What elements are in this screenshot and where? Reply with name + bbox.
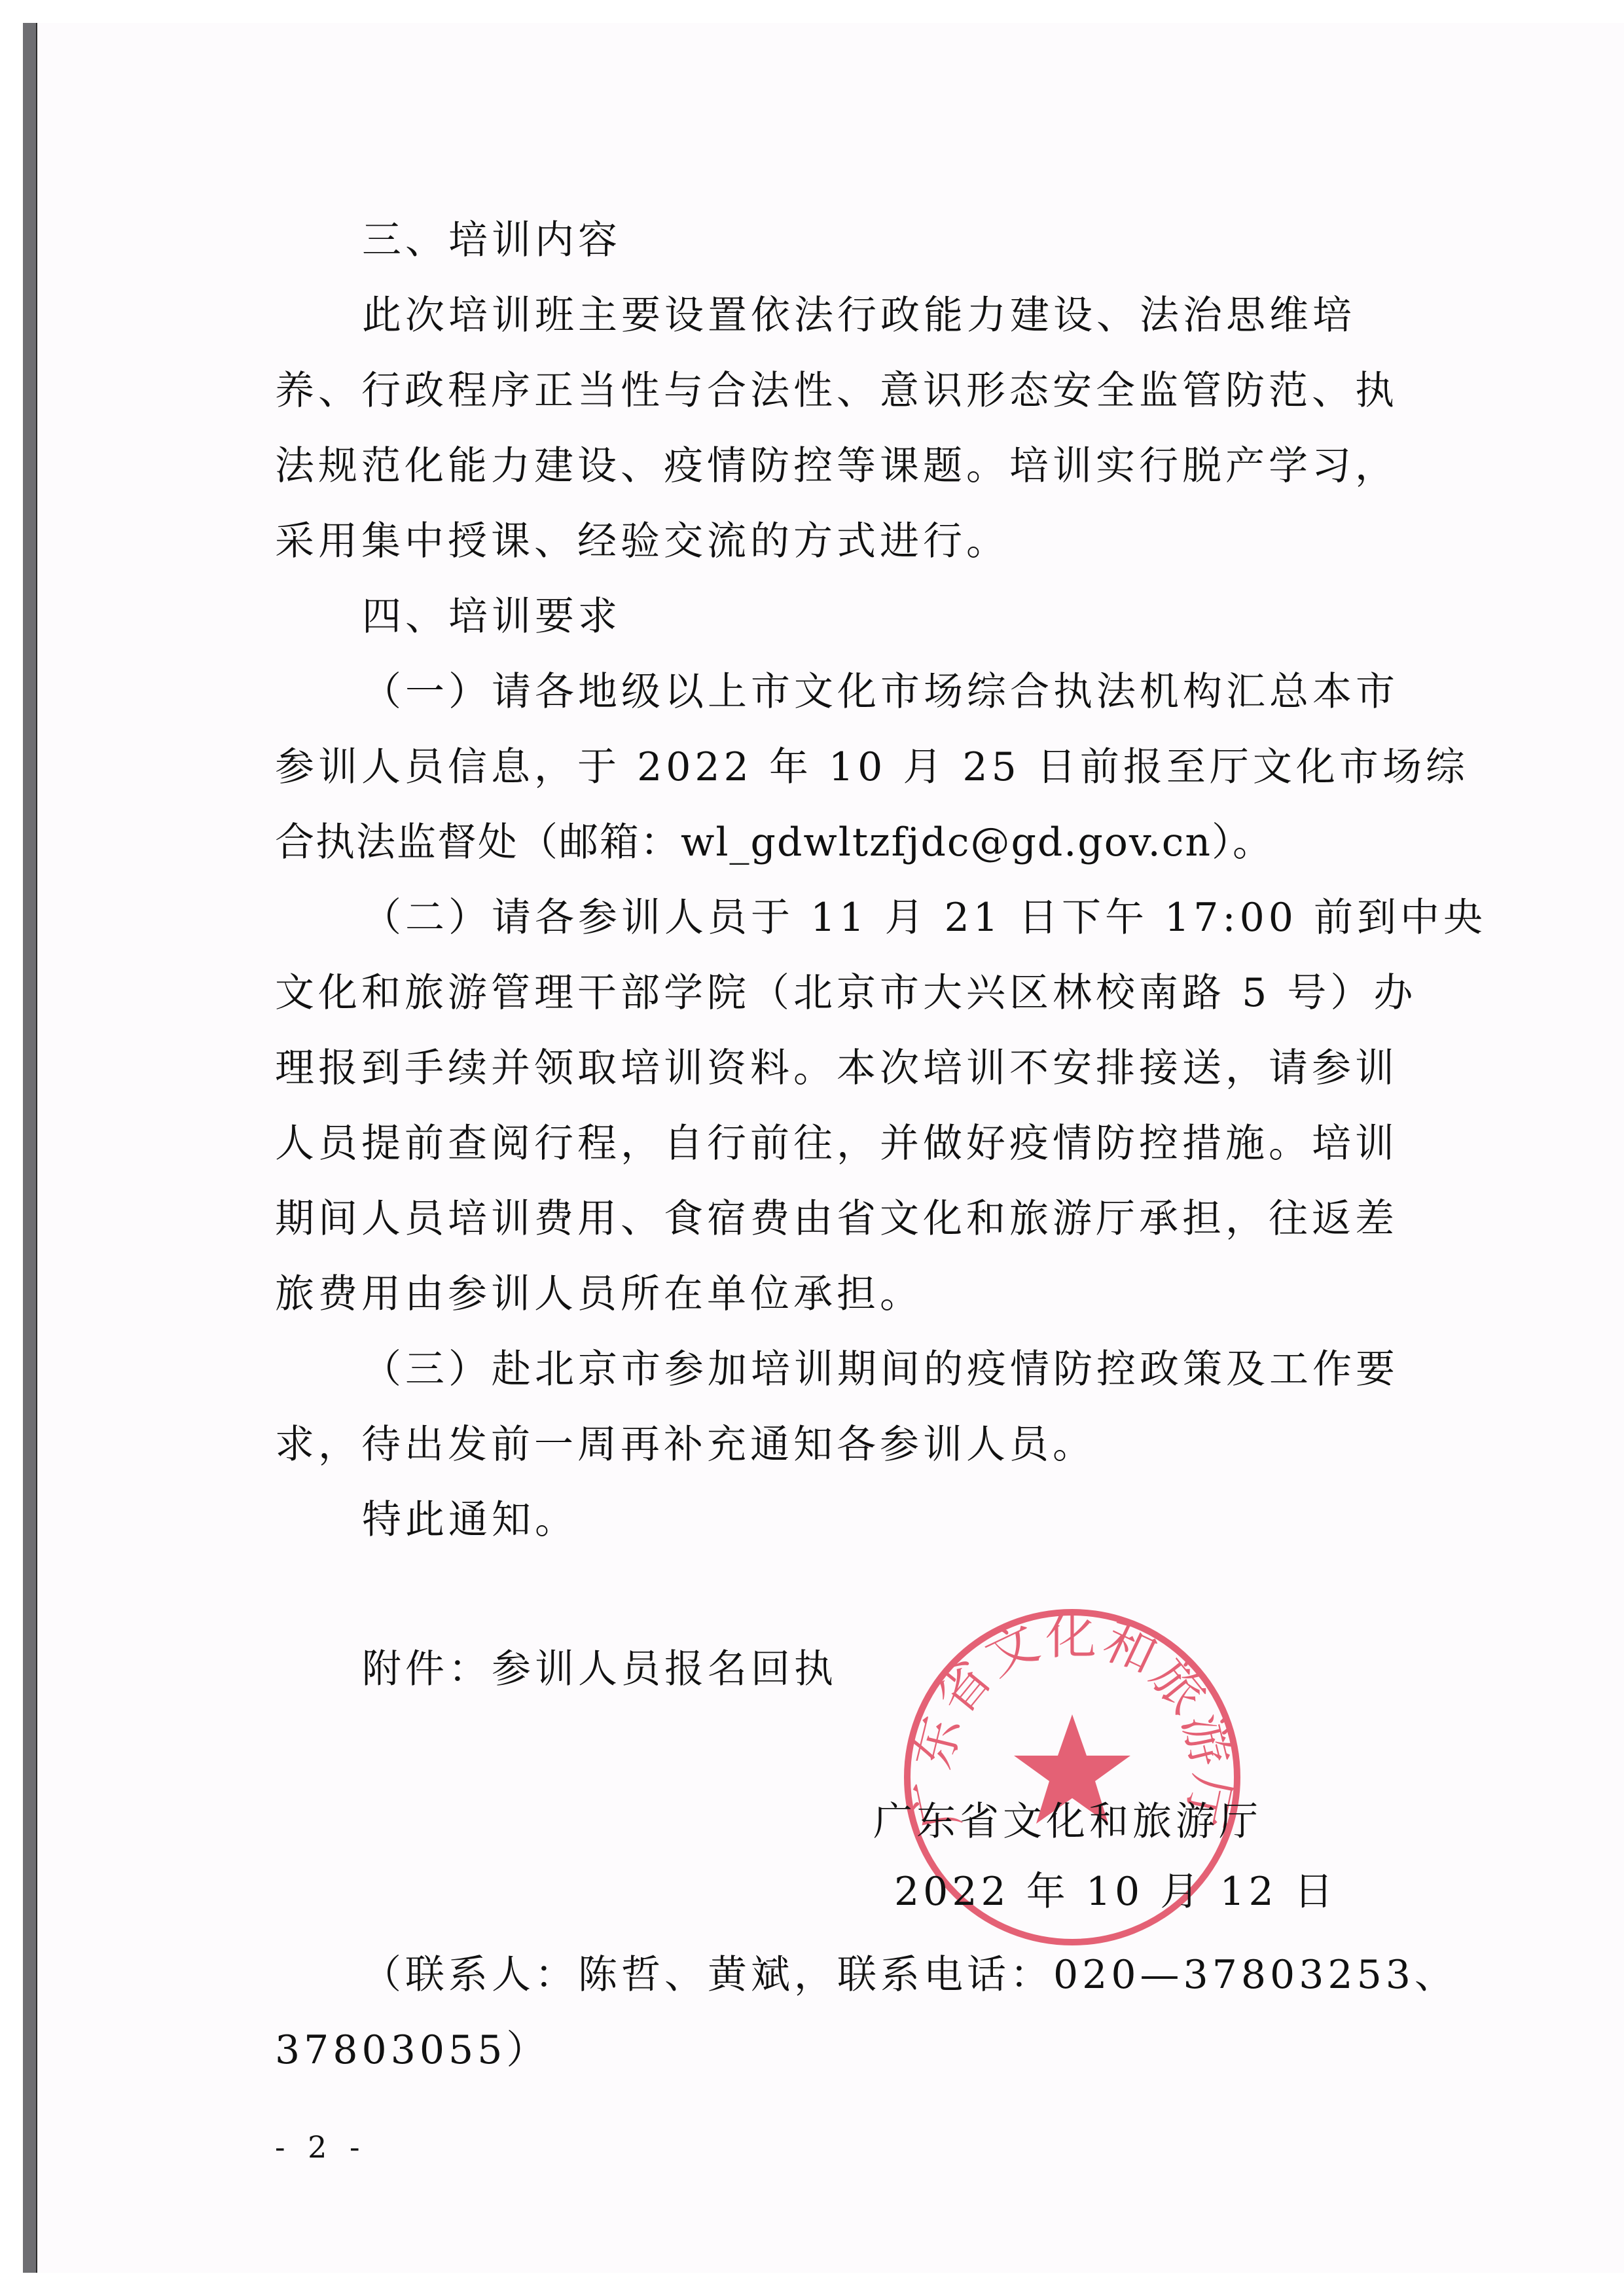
section-heading-training-content: 三、培训内容 xyxy=(362,214,621,266)
contact-info-line: 37803055） xyxy=(275,2024,549,2076)
paragraph-line: 旅费用由参训人员所在单位承担。 xyxy=(275,1268,923,1320)
section-heading-training-requirements: 四、培训要求 xyxy=(362,590,621,643)
issue-date: 2022 年 10 月 12 日 xyxy=(894,1866,1337,1918)
attachment-line: 附件：参训人员报名回执 xyxy=(362,1643,837,1695)
paragraph-line: 求，待出发前一周再补充通知各参训人员。 xyxy=(275,1419,1096,1471)
issuer-signature: 广东省文化和旅游厅 xyxy=(873,1796,1262,1848)
closing-text: 特此通知。 xyxy=(362,1494,578,1546)
contact-info-line: （联系人：陈哲、黄斌，联系电话：020—37803253、 xyxy=(362,1949,1458,2001)
paragraph-line: 期间人员培训费用、食宿费由省文化和旅游厅承担，往返差 xyxy=(275,1193,1398,1245)
paragraph-line: 参训人员信息，于 2022 年 10 月 25 日前报至厅文化市场综 xyxy=(275,741,1469,793)
paragraph-line: 文化和旅游管理干部学院（北京市大兴区林校南路 5 号）办 xyxy=(275,967,1416,1019)
paragraph-line: 法规范化能力建设、疫情防控等课题。培训实行脱产学习， xyxy=(275,440,1398,492)
binding-strip xyxy=(23,23,37,2273)
paragraph-line: （三）赴北京市参加培训期间的疫情防控政策及工作要 xyxy=(362,1343,1399,1396)
page-number: - 2 - xyxy=(275,2131,367,2163)
paragraph-line: 养、行政程序正当性与合法性、意识形态安全监管防范、执 xyxy=(275,365,1398,417)
paragraph-line: （一）请各地级以上市文化市场综合执法机构汇总本市 xyxy=(362,666,1399,718)
paragraph-line: （二）请各参训人员于 11 月 21 日下午 17:00 前到中央 xyxy=(362,892,1487,944)
paragraph-line: 此次培训班主要设置依法行政能力建设、法治思维培 xyxy=(362,289,1356,342)
paragraph-line-email: 合执法监督处（邮箱：wl_gdwltzfjdc@gd.gov.cn）。 xyxy=(275,816,1273,869)
paragraph-line: 人员提前查阅行程，自行前往，并做好疫情防控措施。培训 xyxy=(275,1117,1398,1170)
paragraph-line: 理报到手续并领取培训资料。本次培训不安排接送，请参训 xyxy=(275,1042,1398,1094)
paragraph-line: 采用集中授课、经验交流的方式进行。 xyxy=(275,515,1009,568)
